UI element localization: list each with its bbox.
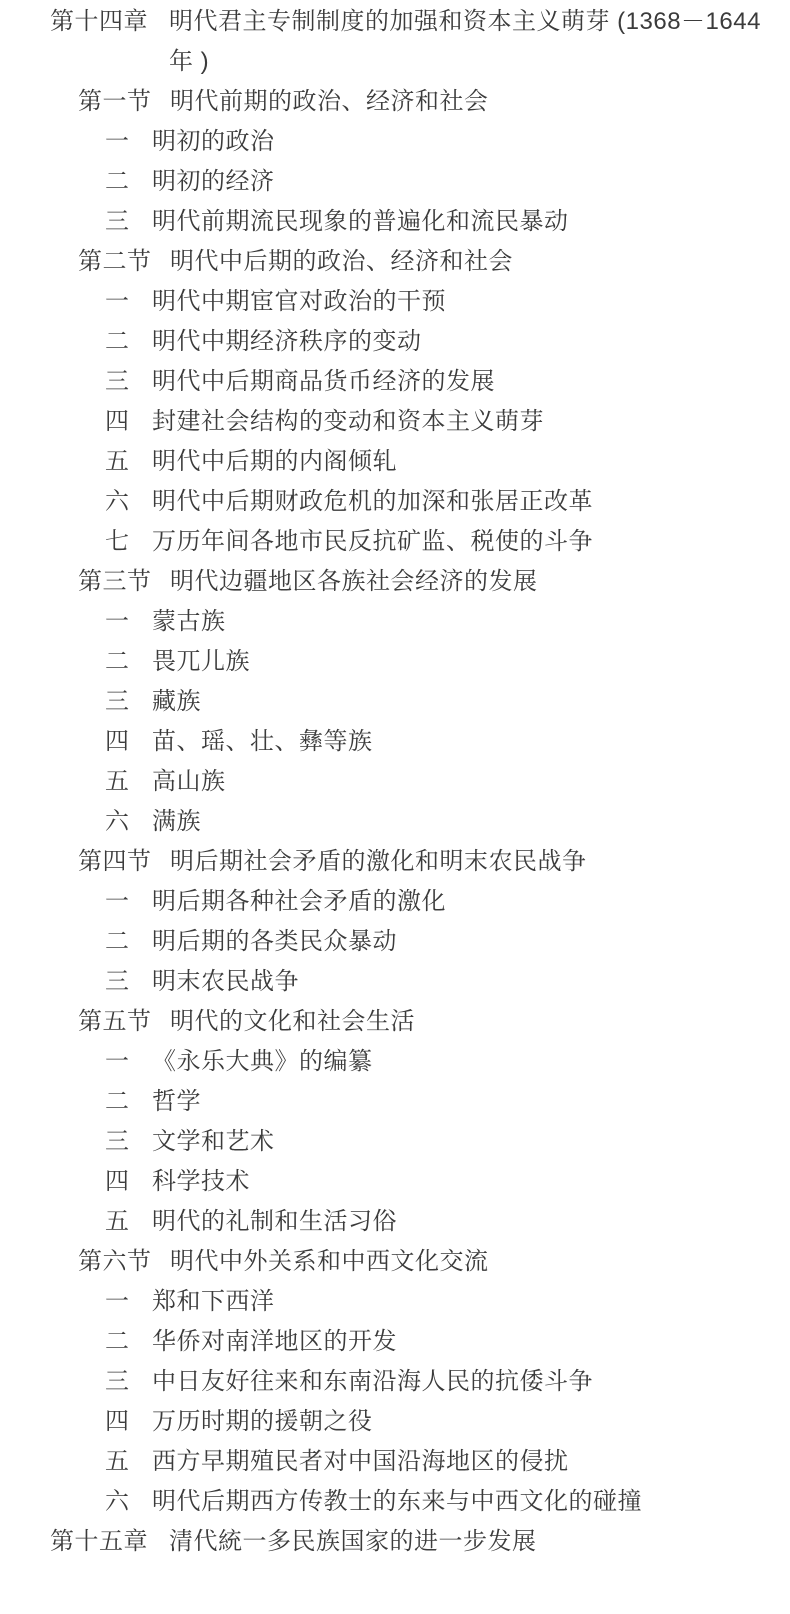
toc-entry-chapter[interactable]: 第十五章清代統一多民族国家的进一步发展 — [0, 1522, 790, 1562]
entry-title: 万历时期的援朝之役 — [152, 1402, 373, 1442]
toc-entry-item[interactable]: 三明代中后期商品货币经济的发展 — [0, 362, 790, 402]
toc-entry-item[interactable]: 七万历年间各地市民反抗矿监、税使的斗争 — [0, 522, 790, 562]
toc-entry-item[interactable]: 六满族 — [0, 802, 790, 842]
entry-label: 六 — [105, 802, 152, 842]
entry-label: 二 — [105, 322, 152, 362]
entry-label: 第二节 — [78, 242, 170, 282]
toc-entry-item[interactable]: 一蒙古族 — [0, 602, 790, 642]
entry-label: 二 — [105, 922, 152, 962]
entry-label: 三 — [105, 1122, 152, 1162]
entry-title: 明初的政治 — [152, 122, 275, 162]
toc-entry-section[interactable]: 第四节明后期社会矛盾的激化和明末农民战争 — [0, 842, 790, 882]
entry-label: 四 — [105, 1162, 152, 1202]
entry-label: 第三节 — [78, 562, 170, 602]
toc-entry-item[interactable]: 五高山族 — [0, 762, 790, 802]
toc-entry-section[interactable]: 第六节明代中外关系和中西文化交流 — [0, 1242, 790, 1282]
entry-label: 一 — [105, 122, 152, 162]
entry-label: 六 — [105, 482, 152, 522]
toc-entry-section[interactable]: 第五节明代的文化和社会生活 — [0, 1002, 790, 1042]
entry-title: 畏兀儿族 — [152, 642, 250, 682]
entry-title: 明代中外关系和中西文化交流 — [170, 1242, 489, 1282]
toc-entry-item[interactable]: 二华侨对南洋地区的开发 — [0, 1322, 790, 1362]
entry-title: 万历年间各地市民反抗矿监、税使的斗争 — [152, 522, 593, 562]
toc-entry-item[interactable]: 二明后期的各类民众暴动 — [0, 922, 790, 962]
entry-label: 第五节 — [78, 1002, 170, 1042]
toc-entry-section[interactable]: 第一节明代前期的政治、经济和社会 — [0, 82, 790, 122]
entry-label: 二 — [105, 162, 152, 202]
toc-entry-item[interactable]: 一明后期各种社会矛盾的激化 — [0, 882, 790, 922]
toc-entry-item[interactable]: 三明代前期流民现象的普遍化和流民暴动 — [0, 202, 790, 242]
entry-title: 华侨对南洋地区的开发 — [152, 1322, 397, 1362]
entry-title: 封建社会结构的变动和资本主义萌芽 — [152, 402, 544, 442]
toc-entry-item[interactable]: 三藏族 — [0, 682, 790, 722]
entry-title: 蒙古族 — [152, 602, 226, 642]
toc-entry-item[interactable]: 二明初的经济 — [0, 162, 790, 202]
entry-label: 第一节 — [78, 82, 170, 122]
toc-entry-item[interactable]: 四苗、瑶、壮、彝等族 — [0, 722, 790, 762]
entry-label: 一 — [105, 1282, 152, 1322]
entry-label: 五 — [105, 762, 152, 802]
entry-title: 《永乐大典》的编纂 — [152, 1042, 373, 1082]
entry-title-line: 明代君主专制制度的加强和资本主义萌芽 (1368－1644 — [169, 2, 761, 42]
entry-title: 明后期的各类民众暴动 — [152, 922, 397, 962]
toc-entry-item[interactable]: 三明末农民战争 — [0, 962, 790, 1002]
entry-title: 藏族 — [152, 682, 201, 722]
entry-title: 明代的文化和社会生活 — [170, 1002, 415, 1042]
entry-title: 明代中后期财政危机的加深和张居正改革 — [152, 482, 593, 522]
entry-title: 明代中期经济秩序的变动 — [152, 322, 422, 362]
entry-title: 哲学 — [152, 1082, 201, 1122]
entry-label: 五 — [105, 1442, 152, 1482]
entry-label: 七 — [105, 522, 152, 562]
toc-entry-section[interactable]: 第三节明代边疆地区各族社会经济的发展 — [0, 562, 790, 602]
toc-entry-item[interactable]: 六明代中后期财政危机的加深和张居正改革 — [0, 482, 790, 522]
entry-label: 五 — [105, 442, 152, 482]
entry-label: 三 — [105, 362, 152, 402]
entry-label: 三 — [105, 1362, 152, 1402]
entry-label: 六 — [105, 1482, 152, 1522]
toc-entry-item[interactable]: 二明代中期经济秩序的变动 — [0, 322, 790, 362]
entry-title: 明代前期的政治、经济和社会 — [170, 82, 489, 122]
toc-entry-item[interactable]: 五西方早期殖民者对中国沿海地区的侵扰 — [0, 1442, 790, 1482]
entry-title: 明初的经济 — [152, 162, 275, 202]
entry-label: 第十五章 — [50, 1522, 169, 1562]
toc-entry-item[interactable]: 一明初的政治 — [0, 122, 790, 162]
toc-entry-item[interactable]: 三文学和艺术 — [0, 1122, 790, 1162]
entry-title: 明末农民战争 — [152, 962, 299, 1002]
entry-title: 文学和艺术 — [152, 1122, 275, 1162]
entry-title: 明代前期流民现象的普遍化和流民暴动 — [152, 202, 569, 242]
toc-entry-item[interactable]: 二哲学 — [0, 1082, 790, 1122]
toc-entry-item[interactable]: 三中日友好往来和东南沿海人民的抗倭斗争 — [0, 1362, 790, 1402]
entry-label: 四 — [105, 1402, 152, 1442]
entry-title: 清代統一多民族国家的进一步发展 — [169, 1522, 537, 1562]
toc-entry-item[interactable]: 一《永乐大典》的编纂 — [0, 1042, 790, 1082]
toc-entry-item[interactable]: 四封建社会结构的变动和资本主义萌芽 — [0, 402, 790, 442]
entry-label: 一 — [105, 282, 152, 322]
entry-title-line: 年 ) — [169, 42, 761, 82]
entry-title: 明后期社会矛盾的激化和明末农民战争 — [170, 842, 587, 882]
toc-page: 第十四章明代君主专制制度的加强和资本主义萌芽 (1368－1644年 )第一节明… — [0, 0, 790, 1562]
entry-label: 一 — [105, 602, 152, 642]
entry-title: 郑和下西洋 — [152, 1282, 275, 1322]
entry-title: 满族 — [152, 802, 201, 842]
entry-label: 二 — [105, 642, 152, 682]
entry-title: 明代中期宦官对政治的干预 — [152, 282, 446, 322]
entry-label: 三 — [105, 202, 152, 242]
entry-title: 明代中后期的政治、经济和社会 — [170, 242, 513, 282]
entry-title: 苗、瑶、壮、彝等族 — [152, 722, 373, 762]
entry-label: 一 — [105, 1042, 152, 1082]
toc-entry-item[interactable]: 六明代后期西方传教士的东来与中西文化的碰撞 — [0, 1482, 790, 1522]
toc-list: 第十四章明代君主专制制度的加强和资本主义萌芽 (1368－1644年 )第一节明… — [0, 2, 790, 1562]
entry-label: 第六节 — [78, 1242, 170, 1282]
entry-title: 明代边疆地区各族社会经济的发展 — [170, 562, 538, 602]
entry-title-line: 清代統一多民族国家的进一步发展 — [169, 1522, 537, 1562]
toc-entry-item[interactable]: 二畏兀儿族 — [0, 642, 790, 682]
entry-label: 四 — [105, 402, 152, 442]
toc-entry-item[interactable]: 一明代中期宦官对政治的干预 — [0, 282, 790, 322]
entry-label: 第十四章 — [50, 2, 169, 42]
toc-entry-item[interactable]: 五明代的礼制和生活习俗 — [0, 1202, 790, 1242]
entry-title: 明代中后期的内阁倾轧 — [152, 442, 397, 482]
toc-entry-item[interactable]: 四万历时期的援朝之役 — [0, 1402, 790, 1442]
entry-label: 二 — [105, 1322, 152, 1362]
toc-entry-item[interactable]: 四科学技术 — [0, 1162, 790, 1202]
entry-label: 一 — [105, 882, 152, 922]
toc-entry-chapter[interactable]: 第十四章明代君主专制制度的加强和资本主义萌芽 (1368－1644年 ) — [0, 2, 790, 82]
toc-entry-item[interactable]: 一郑和下西洋 — [0, 1282, 790, 1322]
entry-label: 三 — [105, 682, 152, 722]
entry-title: 明代君主专制制度的加强和资本主义萌芽 (1368－1644年 ) — [169, 2, 761, 82]
entry-label: 四 — [105, 722, 152, 762]
entry-label: 五 — [105, 1202, 152, 1242]
entry-label: 第四节 — [78, 842, 170, 882]
entry-title: 中日友好往来和东南沿海人民的抗倭斗争 — [152, 1362, 593, 1402]
entry-label: 二 — [105, 1082, 152, 1122]
entry-title: 明后期各种社会矛盾的激化 — [152, 882, 446, 922]
entry-title: 西方早期殖民者对中国沿海地区的侵扰 — [152, 1442, 569, 1482]
entry-title: 明代的礼制和生活习俗 — [152, 1202, 397, 1242]
entry-title: 明代后期西方传教士的东来与中西文化的碰撞 — [152, 1482, 642, 1522]
entry-title: 科学技术 — [152, 1162, 250, 1202]
entry-label: 三 — [105, 962, 152, 1002]
entry-title: 高山族 — [152, 762, 226, 802]
entry-title: 明代中后期商品货币经济的发展 — [152, 362, 495, 402]
toc-entry-section[interactable]: 第二节明代中后期的政治、经济和社会 — [0, 242, 790, 282]
toc-entry-item[interactable]: 五明代中后期的内阁倾轧 — [0, 442, 790, 482]
